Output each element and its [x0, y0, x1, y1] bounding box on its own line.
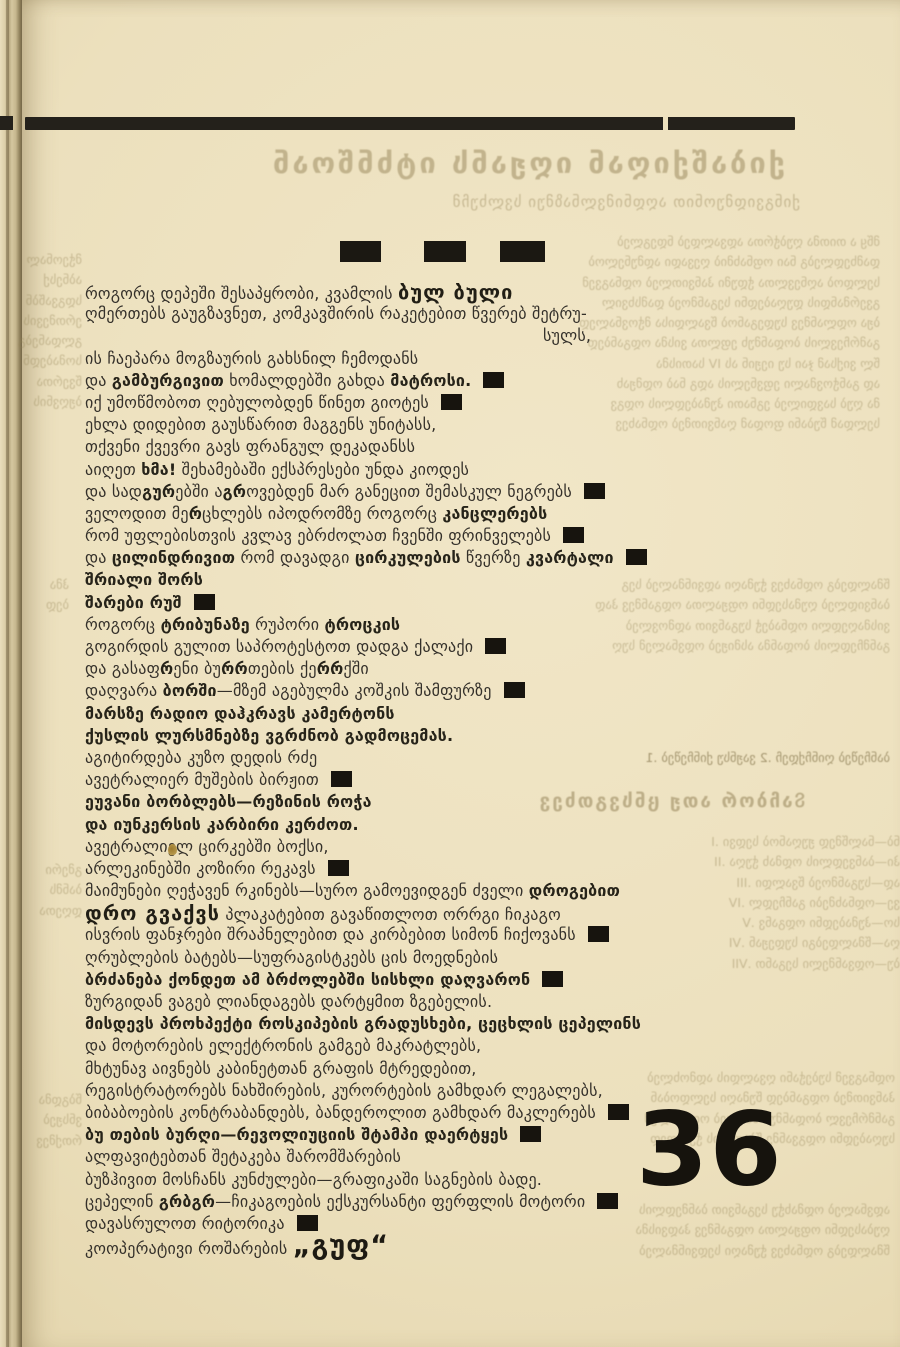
poem-line: ქუსლის ლურსმნებზე ვგრძნობ გადმოცემას.: [85, 725, 647, 747]
poem-text: როგორც დეპეში შესაპყრობი, კვამლის ბულ ბუ…: [85, 281, 647, 1257]
poem-line: თქვენი ქვევრი გავს ფრანგულ დეკადანსს: [85, 436, 647, 458]
redaction-block: [328, 860, 349, 876]
redaction-block: [297, 1215, 318, 1231]
page-number: 36: [636, 1089, 783, 1209]
top-rule-spine-fragment: [0, 116, 13, 130]
poem-line: დაღვარა ბორში—მზემ აგებულმა კოშკის შამფუ…: [85, 680, 647, 702]
redaction-block: [483, 372, 504, 388]
redaction-block: [331, 771, 352, 787]
poem-line: მისდევს პროხპექტი როსკიპების გრადუსხები,…: [85, 1013, 647, 1035]
poem-line: არლეკინებში კოზირი რეკავს: [85, 858, 647, 880]
redaction-block: [340, 241, 381, 262]
redaction-block: [441, 394, 462, 410]
redaction-block: [608, 1104, 629, 1120]
poem-line: ბუზჰივით მოსჩანს კუნძულები—გრაფიკაში საგ…: [85, 1169, 647, 1191]
poem-line: როგორც ტრიბუნაზე რუპორი ტროცკის: [85, 614, 647, 636]
redaction-block: [584, 483, 605, 499]
poem-line: ღმერთებს გაუგზავნეთ, კომკავშირის რაკეტებ…: [85, 303, 647, 325]
bleedthrough-subtitle: ქინგვიდმუონით აღდნიმვლნაზმუი სვლხუჩმ: [400, 190, 800, 214]
redaction-block: [500, 241, 545, 262]
redaction-block: [194, 594, 215, 610]
poem-line: და გასაფრენი ბურრთების ქერრქში: [85, 658, 647, 680]
rule-notch: [663, 117, 668, 130]
poem-line: ცეპელინ გრბგრ—ჩიკაგოების ექსკურსანტი ფერ…: [85, 1191, 647, 1213]
paper-stain: [168, 844, 177, 856]
poem-line: ეხლა დიდებით გაუსწარით მაგგენს უნიტასს,: [85, 414, 647, 436]
redaction-block: [597, 1193, 618, 1209]
poem-line: გოგირდის გულით საპროტესტოთ დადგა ქალაქი: [85, 636, 647, 658]
poem-line: ღრუბლების ბატებს—სუფრაგისტკებს ცის მოედნ…: [85, 947, 647, 969]
poem-line: დრო გვაქვს პლაკატებით გავაწითლოთ ორრგი ჩ…: [85, 902, 647, 924]
poem-line: და იუნკერსის კარბირი კერძოთ.: [85, 814, 647, 836]
poem-line: როგორც დეპეში შესაპყრობი, კვამლის ბულ ბუ…: [85, 281, 647, 303]
poem-line: აიღეთ ხმა! შეხამებაში ექსპრესები უნდა კი…: [85, 459, 647, 481]
redaction-block: [626, 549, 647, 565]
poem-line: ეუვანი ბორბლებს—რეზინის როჭა: [85, 791, 647, 813]
redaction-block: [424, 241, 466, 262]
bleedthrough-text: გმერი ბანმს დღეთა: [24, 860, 82, 921]
poem-line: და სადგურებში აგროვებდენ მარ განეცით შემ…: [85, 481, 647, 503]
bleedthrough-text: ჰმა ბედ: [24, 575, 69, 616]
poem-line: ბუ თების ბურღი—რევოლიუციის შტამპი დაერტყ…: [85, 1124, 647, 1146]
poem-line: ველოდით მერცხლებს იპოდრომზე როგორც კანცლ…: [85, 503, 647, 525]
poem-line: ის ჩაეპარა მოგზაურის გახსნილ ჩემოდანს: [85, 348, 647, 370]
poem-line: ავეტრალიერ მუშების ბირჟით: [85, 769, 647, 791]
poem-line: მარსზე რადიო დაჰკრავს კამერტონს: [85, 703, 647, 725]
bleedthrough-text: მჭეონალ აბნესქ სდგვაწბნ ერთმევის გლდანებ…: [24, 250, 82, 412]
top-rule: [25, 117, 795, 130]
bleedthrough-title: ქიბაწქიღან იღჟანს იტხნწოან: [185, 148, 785, 180]
scanned-page: ქიბაწქიღან იღჟანს იტხნწოან ქინგვიდმუონით…: [0, 0, 900, 1347]
bleedthrough-text: წბგდმა ვნსჟებ რთქმევ: [24, 1090, 82, 1151]
poem-line: იქ უმოწმობოთ ღებულობდენ წინეთ გიოტეს: [85, 392, 647, 414]
redaction-block: [485, 638, 506, 654]
poem-line: აგიტირდება კუზო დედის რძე: [85, 747, 647, 769]
redaction-block: [520, 1126, 541, 1142]
poem-line: ბრძანება ქონდეთ ამ ბრძოლებში სისხლი დაღვ…: [85, 969, 647, 991]
poem-line: ზურგიდან ვაგებ ლიანდაგებს დარტყმით ზგებე…: [85, 991, 647, 1013]
redaction-row: [340, 241, 545, 262]
poem-line: რეგისტრატორებს ნახშირების, კურორტების გა…: [85, 1080, 647, 1102]
poem-line: მხტუნავ აივნებს კაბინეტთან გრაფის მტრედე…: [85, 1058, 647, 1080]
poem-line: სულს,: [85, 325, 647, 347]
redaction-block: [588, 926, 609, 942]
poem-line: ისვრის ფანჯრები შრაპნელებით და კირბებით …: [85, 924, 647, 946]
poem-line: და ცილინდრივით რომ დავადგი ცირკულების წვ…: [85, 547, 647, 569]
redaction-block: [542, 971, 563, 987]
poem-line: ალფავიტებთან შეტაკება შარომშარების: [85, 1146, 647, 1168]
redaction-block: [504, 682, 525, 698]
poem-line: მაიმუნები ღეჭავენ რკინებს—სურო გამოევიდგ…: [85, 880, 647, 902]
poem-line: შრიალი შორს: [85, 569, 647, 591]
poem-line: რომ უფლებისთვის კვლავ ებრძოლათ ჩვენში ფრ…: [85, 525, 647, 547]
poem-line: და მოტორების ელექტრონის გამგებ მაკრატლებ…: [85, 1035, 647, 1057]
poem-line: შარები რუშ: [85, 592, 647, 614]
poem-line: კოოპერატივი როშარების „გუფ“: [85, 1235, 647, 1257]
redaction-block: [563, 527, 584, 543]
poem-line: და გამბურგივით ხომალდებში გახდა მატროსი.: [85, 370, 647, 392]
page-spine-edge: [0, 0, 22, 1347]
poem-line: ბიბაბოების კონტრაბანდებს, ბანდეროლით გამ…: [85, 1102, 647, 1124]
